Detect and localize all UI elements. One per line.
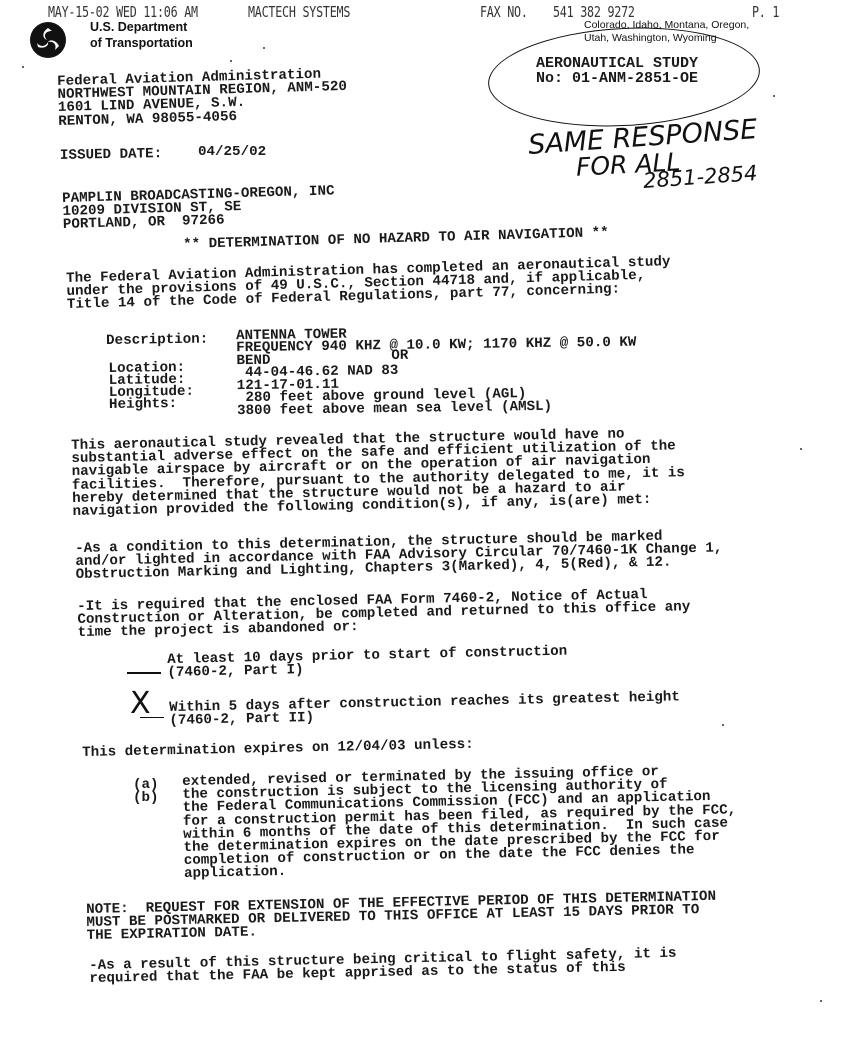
scan-speck <box>820 1000 822 1002</box>
marking-condition-paragraph: -As a condition to this determination, t… <box>75 529 723 582</box>
height-amsl: 3800 feet above mean sea level (AMSL) <box>237 401 552 419</box>
scan-speck <box>263 47 265 49</box>
recipient-address: PAMPLIN BROADCASTING-OREGON, INC 10209 D… <box>62 185 335 232</box>
description-label: Description: <box>106 334 208 349</box>
dot-triskelion-logo-icon <box>30 22 66 58</box>
study-title: AERONAUTICAL STUDY <box>536 57 698 70</box>
department-name-line1: U.S. Department <box>90 20 187 35</box>
office-address: Federal Aviation Administration NORTHWES… <box>57 68 348 129</box>
fax-page-number: P. 1 <box>752 3 779 21</box>
option-part-1: At least 10 days prior to start of const… <box>167 646 568 681</box>
extension-note: NOTE: REQUEST FOR EXTENSION OF THE EFFEC… <box>86 891 717 944</box>
expiration-items-text: extended, revised or terminated by the i… <box>182 764 737 881</box>
expiration-statement: This determination expires on 12/04/03 u… <box>82 739 474 760</box>
fax-number-label: FAX NO. <box>480 3 528 21</box>
scan-speck <box>800 448 802 450</box>
document-title: ** DETERMINATION OF NO HAZARD TO AIR NAV… <box>183 227 609 252</box>
option-checked-x-mark[interactable]: X <box>130 686 151 721</box>
finding-paragraph: This aeronautical study revealed that th… <box>71 427 686 519</box>
study-number: No: 01-ANM-2851-OE <box>536 72 698 85</box>
closing-paragraph: -As a result of this structure being cri… <box>89 948 677 987</box>
location-state: OR <box>391 350 408 363</box>
option-checked-underline <box>140 717 164 718</box>
description-value-line2: FREQUENCY 940 KHZ @ 10.0 KW; 1170 KHZ @ … <box>236 337 636 356</box>
fax-sender: MACTECH SYSTEMS <box>248 3 350 21</box>
intro-paragraph: The Federal Aviation Administration has … <box>66 256 671 312</box>
notice-condition-paragraph: -It is required that the enclosed FAA Fo… <box>77 588 691 640</box>
scan-speck <box>22 66 24 68</box>
expiration-item-b-label: (b) <box>133 792 159 805</box>
scan-speck <box>230 60 232 62</box>
option-blank-checkbox[interactable] <box>127 672 161 674</box>
issued-date-label: ISSUED DATE: <box>60 148 162 163</box>
structure-details: Description: ANTENNA TOWER FREQUENCY 940… <box>106 323 727 428</box>
scan-speck <box>722 724 724 726</box>
heights-label: Heights: <box>109 398 177 412</box>
department-name-line2: of Transportation <box>90 36 193 51</box>
option-part-2: Within 5 days after construction reaches… <box>169 691 680 728</box>
fax-page: MAY-15-02 WED 11:06 AM MACTECH SYSTEMS F… <box>0 0 864 1038</box>
scan-speck <box>773 95 775 97</box>
fax-timestamp: MAY-15-02 WED 11:06 AM <box>48 3 198 21</box>
issued-date-value: 04/25/02 <box>198 146 266 159</box>
